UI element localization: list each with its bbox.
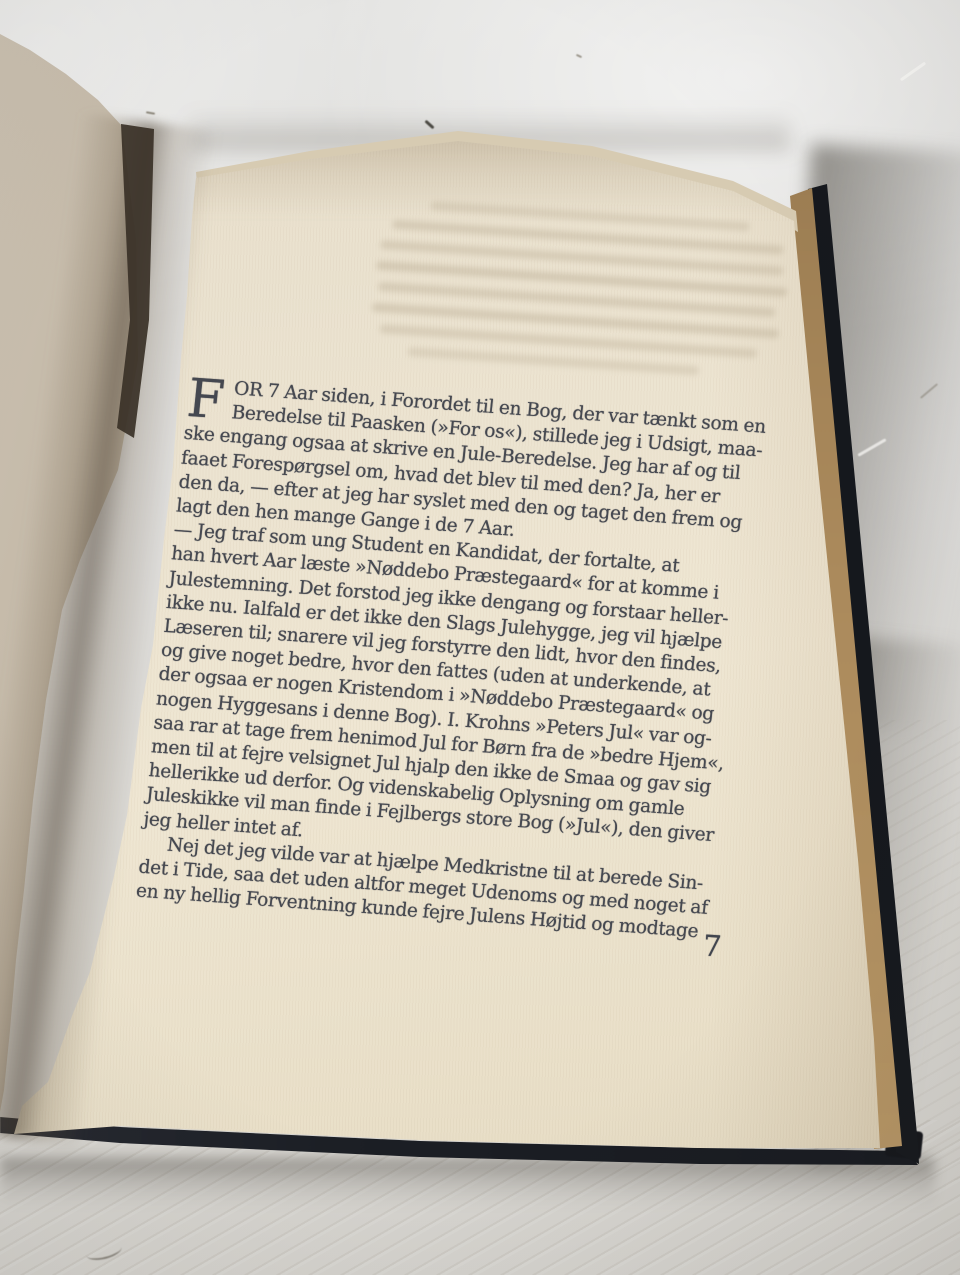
bleed-through-text — [366, 198, 812, 394]
book-shadow-bottom — [0, 1158, 934, 1206]
paragraph-2: — Jeg traf som ung Student en Kandidat, … — [142, 519, 718, 872]
page-number: 7 — [702, 928, 723, 963]
photo-open-book: F OR 7 Aar siden, i Forordet til en Bog,… — [0, 0, 960, 1275]
drop-cap: F — [185, 377, 226, 423]
page-text: F OR 7 Aar siden, i Forordet til en Bog,… — [135, 374, 734, 943]
